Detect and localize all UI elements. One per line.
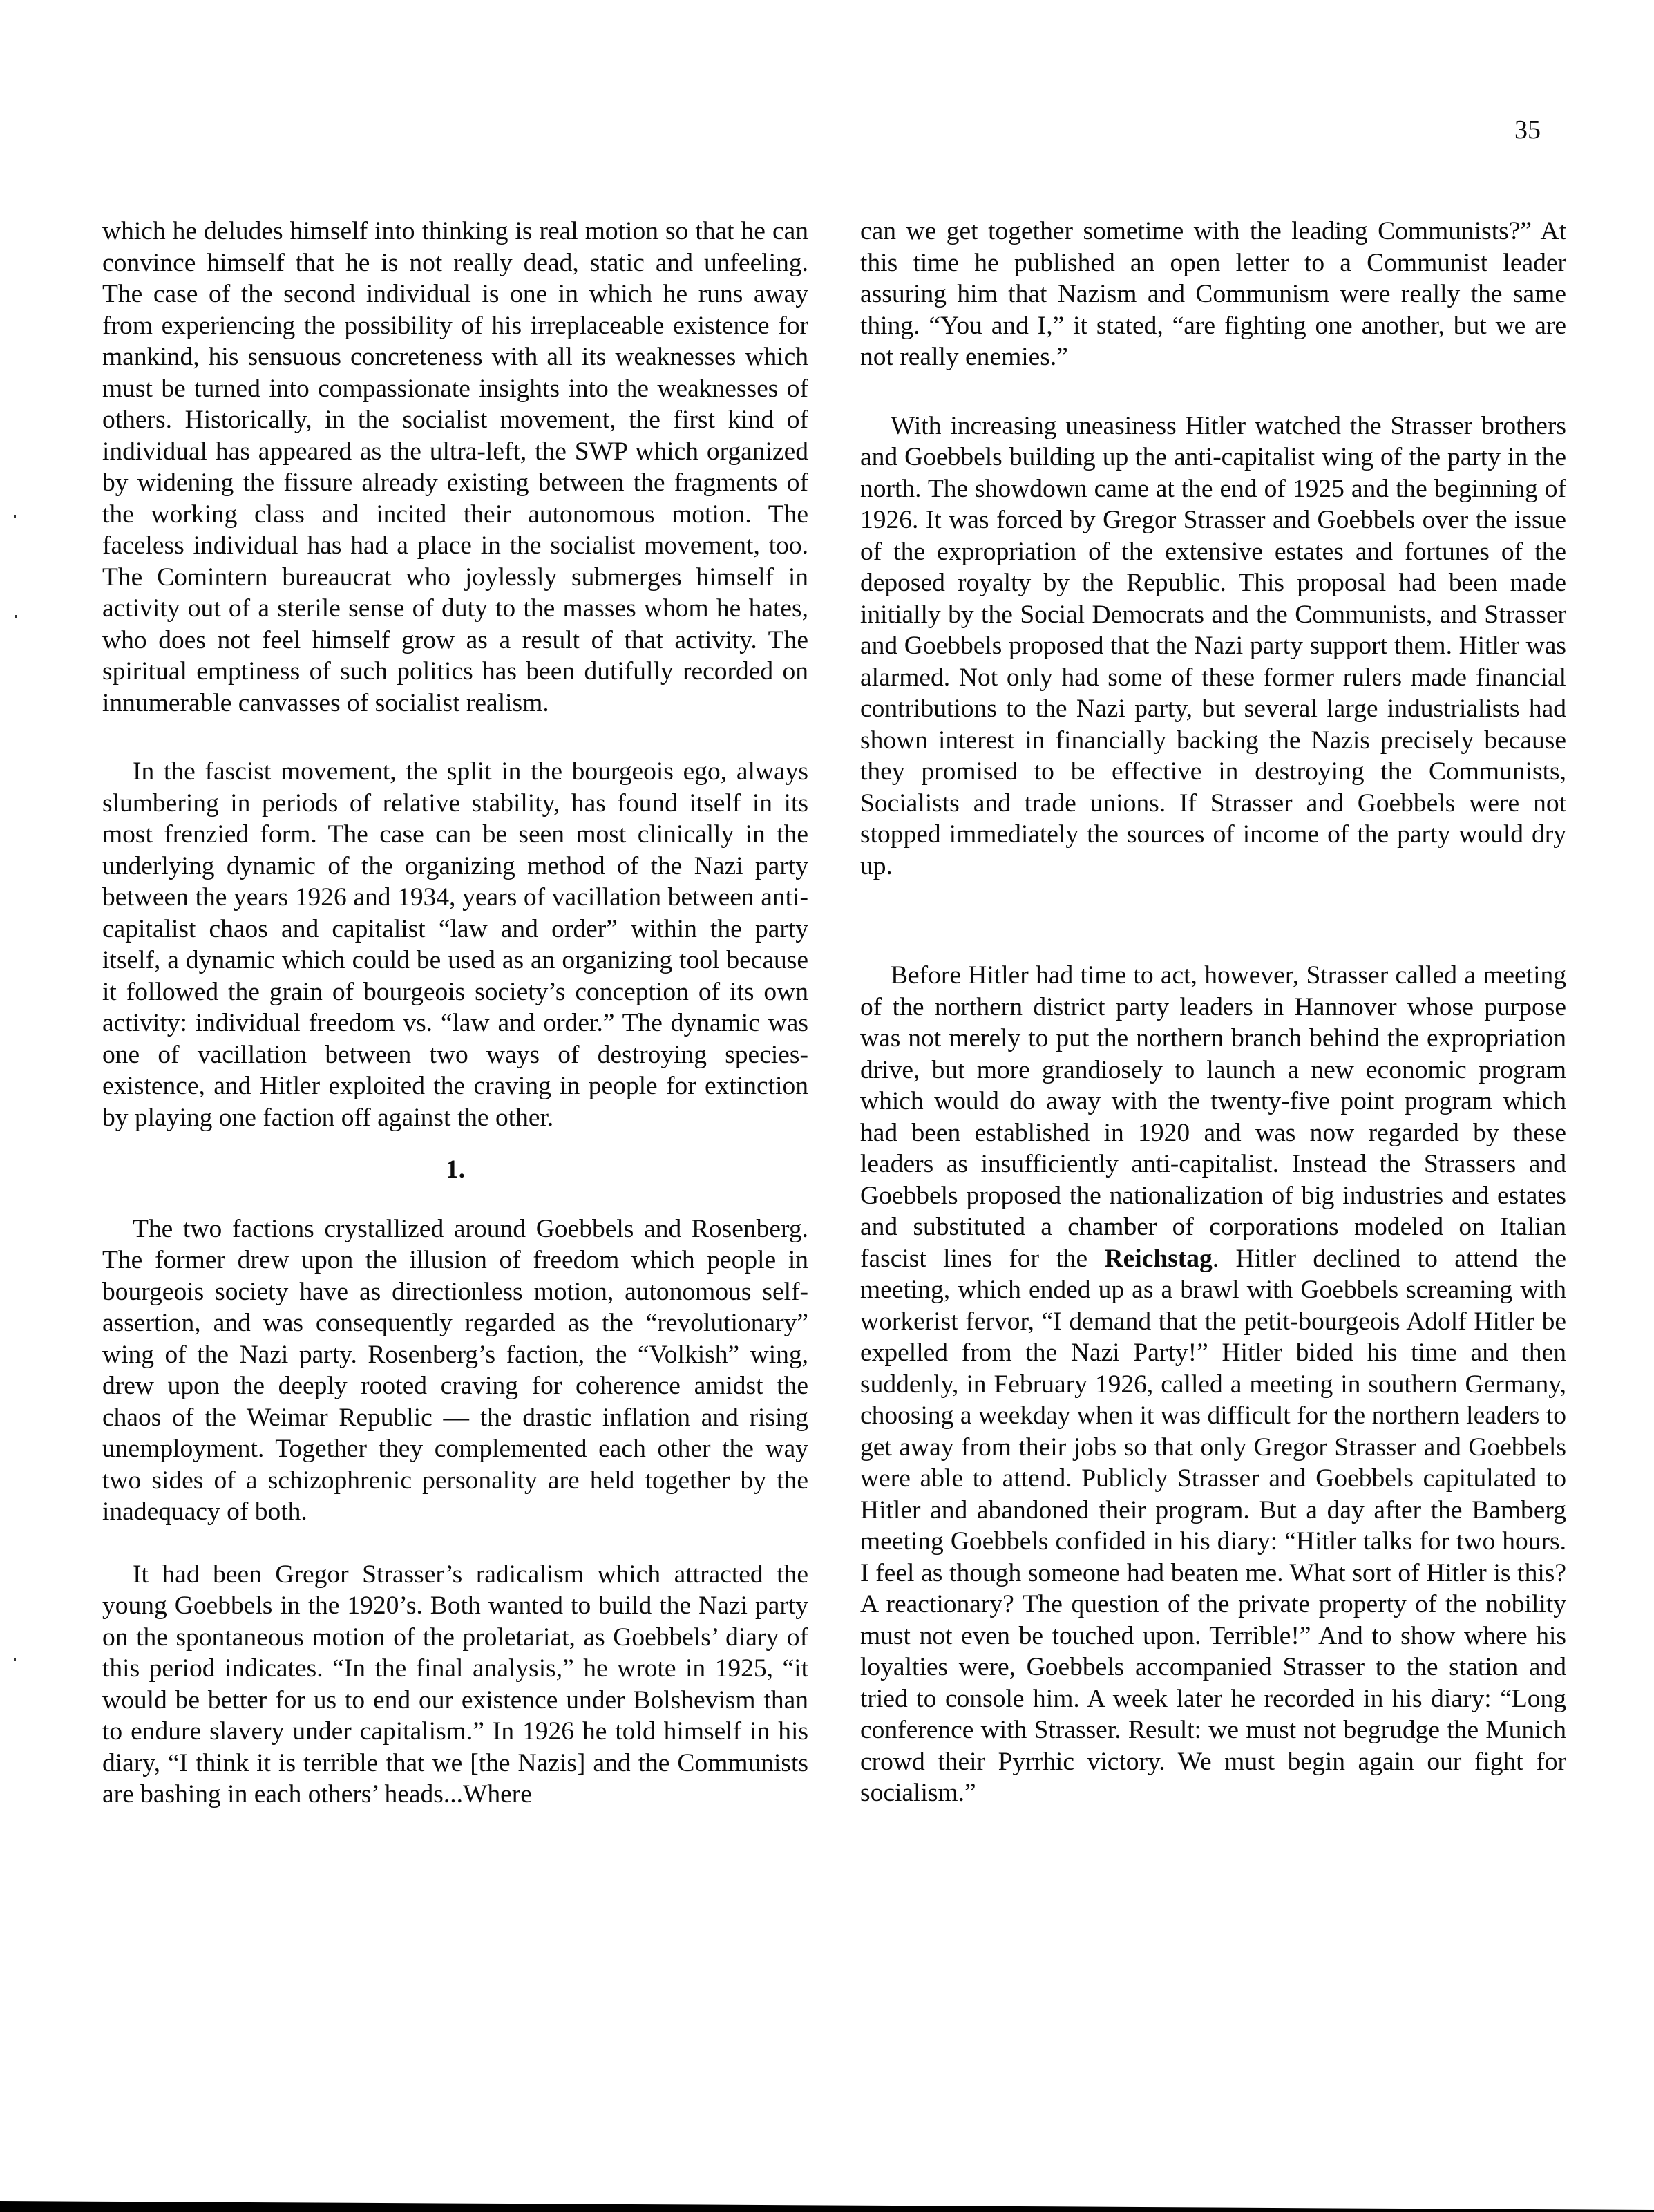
paragraph-fascist-movement: In the fascist movement, the split in th… [102,756,808,1133]
paragraph-text-end: . Hitler declined to attend the meeting,… [860,1245,1566,1808]
paragraph-two-factions: The two factions crystallized around Goe… [102,1213,808,1528]
right-column: can we get together sometime with the le… [860,216,1566,1809]
paragraph-before-hitler-acted: Before Hitler had time to act, however, … [860,960,1566,1809]
scan-speck [14,515,16,518]
paragraph-continuation: which he deludes himself into thinking i… [102,216,808,719]
bold-term-reichstag: Reichstag [1105,1245,1213,1273]
paragraph-text-start: Before Hitler had time to act, however, … [860,961,1566,1273]
left-column: which he deludes himself into thinking i… [102,216,808,1811]
page-number: 35 [1485,114,1541,146]
scan-speck [15,615,17,618]
scan-edge-shadow [0,2198,1654,2212]
scan-speck [14,1658,16,1661]
paragraph-hitler-uneasiness: With increasing uneasiness Hitler watche… [860,410,1566,882]
paragraph-communists-letter: can we get together sometime with the le… [860,216,1566,373]
section-heading: 1. [102,1154,808,1186]
paragraph-strasser-radicalism: It had been Gregor Strasser’s radicalism… [102,1559,808,1811]
